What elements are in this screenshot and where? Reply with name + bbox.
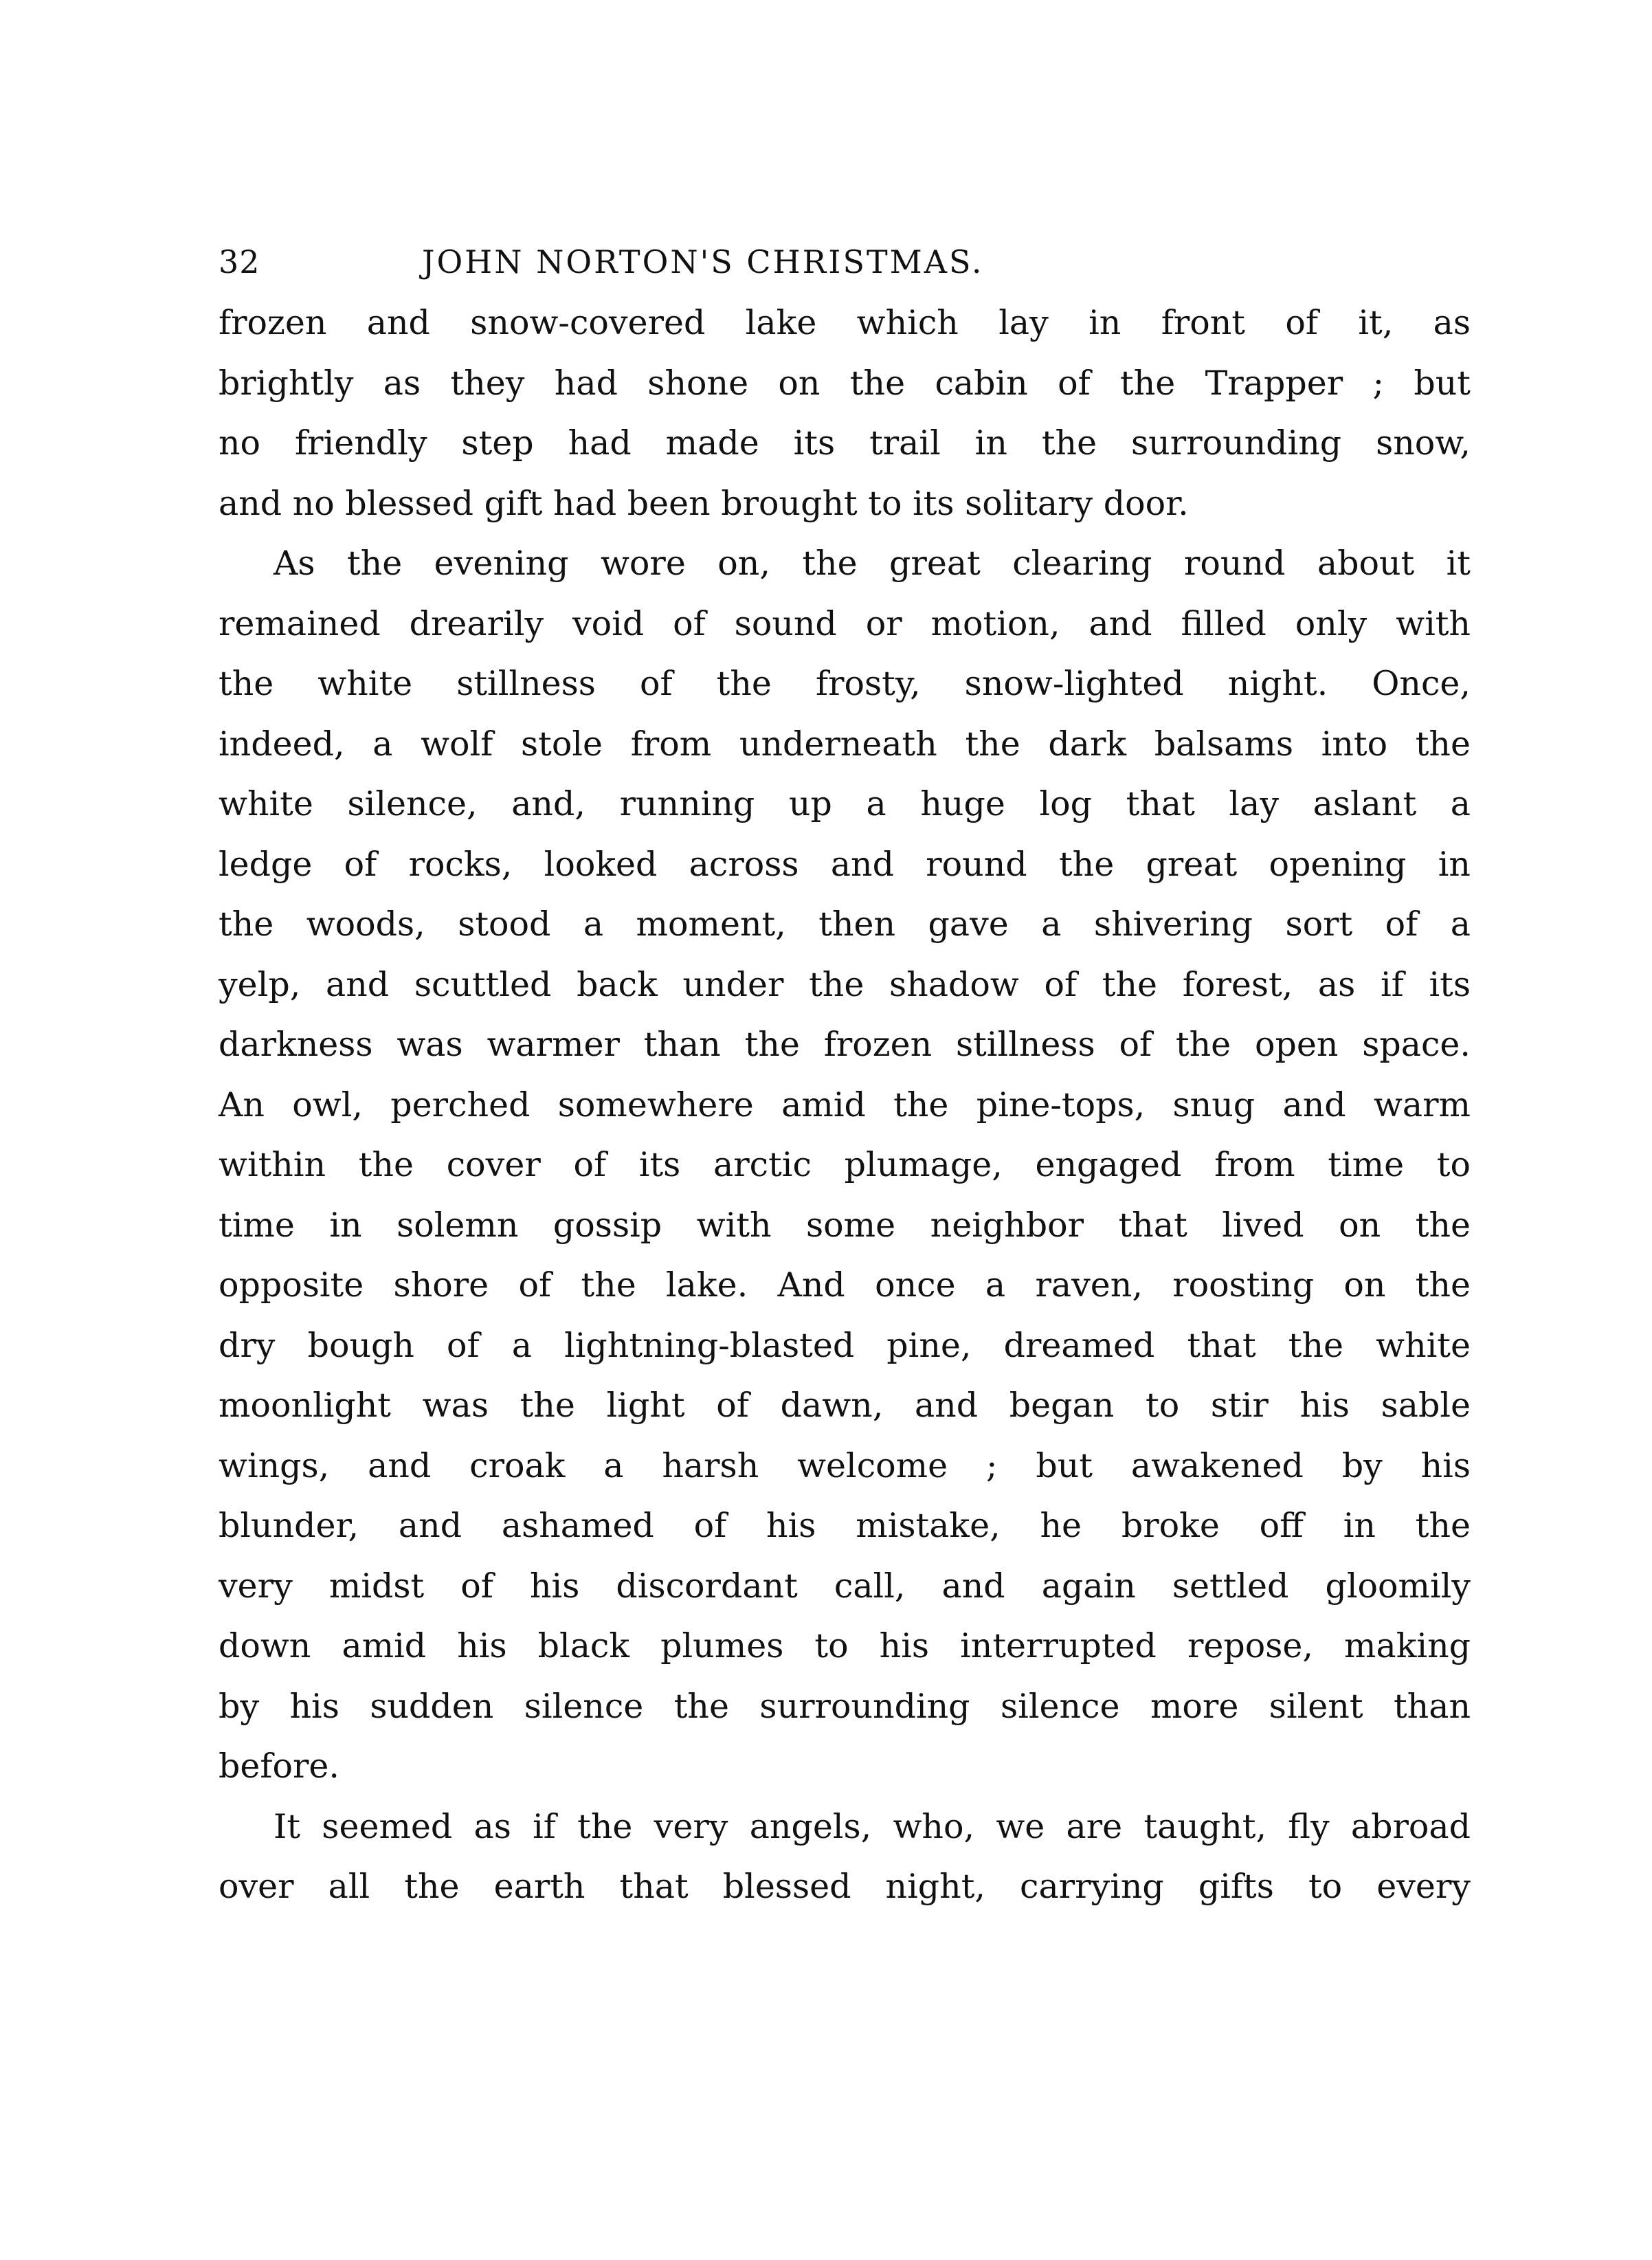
text-line: It seemed as if the very angels, who, we…	[219, 1797, 1471, 1857]
text-line: down amid his black plumes to his interr…	[219, 1616, 1471, 1676]
text-line: blunder, and ashamed of his mistake, he …	[219, 1496, 1471, 1556]
text-line: moonlight was the light of dawn, and beg…	[219, 1375, 1471, 1436]
text-line: time in solemn gossip with some neighbor…	[219, 1195, 1471, 1256]
page-number: 32	[219, 243, 260, 280]
text-line: before.	[219, 1736, 1471, 1797]
paragraph-3: It seemed as if the very angels, who, we…	[219, 1797, 1471, 1917]
text-line: An owl, perched somewhere amid the pine-…	[219, 1075, 1471, 1135]
text-line: darkness was warmer than the frozen stil…	[219, 1015, 1471, 1075]
text-line: frozen and snow-covered lake which lay i…	[219, 293, 1471, 353]
text-line: dry bough of a lightning-blasted pine, d…	[219, 1316, 1471, 1376]
text-line: ledge of rocks, looked across and round …	[219, 834, 1471, 895]
paragraph-1: frozen and snow-covered lake which lay i…	[219, 293, 1471, 533]
paragraph-2: As the evening wore on, the great cleari…	[219, 533, 1471, 1797]
text-line: very midst of his discordant call, and a…	[219, 1556, 1471, 1617]
text-line: within the cover of its arctic plumage, …	[219, 1135, 1471, 1195]
text-line: white silence, and, running up a huge lo…	[219, 774, 1471, 834]
text-line: and no blessed gift had been brought to …	[219, 474, 1471, 534]
text-line: brightly as they had shone on the cabin …	[219, 353, 1471, 414]
running-head-title: JOHN NORTON'S CHRISTMAS.	[422, 243, 983, 280]
text-line: As the evening wore on, the great cleari…	[219, 533, 1471, 594]
text-line: opposite shore of the lake. And once a r…	[219, 1255, 1471, 1316]
text-line: remained drearily void of sound or motio…	[219, 594, 1471, 654]
text-line: yelp, and scuttled back under the shadow…	[219, 955, 1471, 1015]
text-line: no friendly step had made its trail in t…	[219, 413, 1471, 474]
text-line: indeed, a wolf stole from underneath the…	[219, 714, 1471, 775]
running-head: 32 JOHN NORTON'S CHRISTMAS.	[219, 234, 1471, 289]
text-line: over all the earth that blessed night, c…	[219, 1857, 1471, 1917]
book-page: 32 JOHN NORTON'S CHRISTMAS. frozen and s…	[219, 234, 1471, 1917]
body-text: frozen and snow-covered lake which lay i…	[219, 293, 1471, 1917]
text-line: the woods, stood a moment, then gave a s…	[219, 894, 1471, 955]
text-line: by his sudden silence the surrounding si…	[219, 1676, 1471, 1737]
text-line: the white stillness of the frosty, snow-…	[219, 654, 1471, 714]
text-line: wings, and croak a harsh welcome ; but a…	[219, 1436, 1471, 1496]
